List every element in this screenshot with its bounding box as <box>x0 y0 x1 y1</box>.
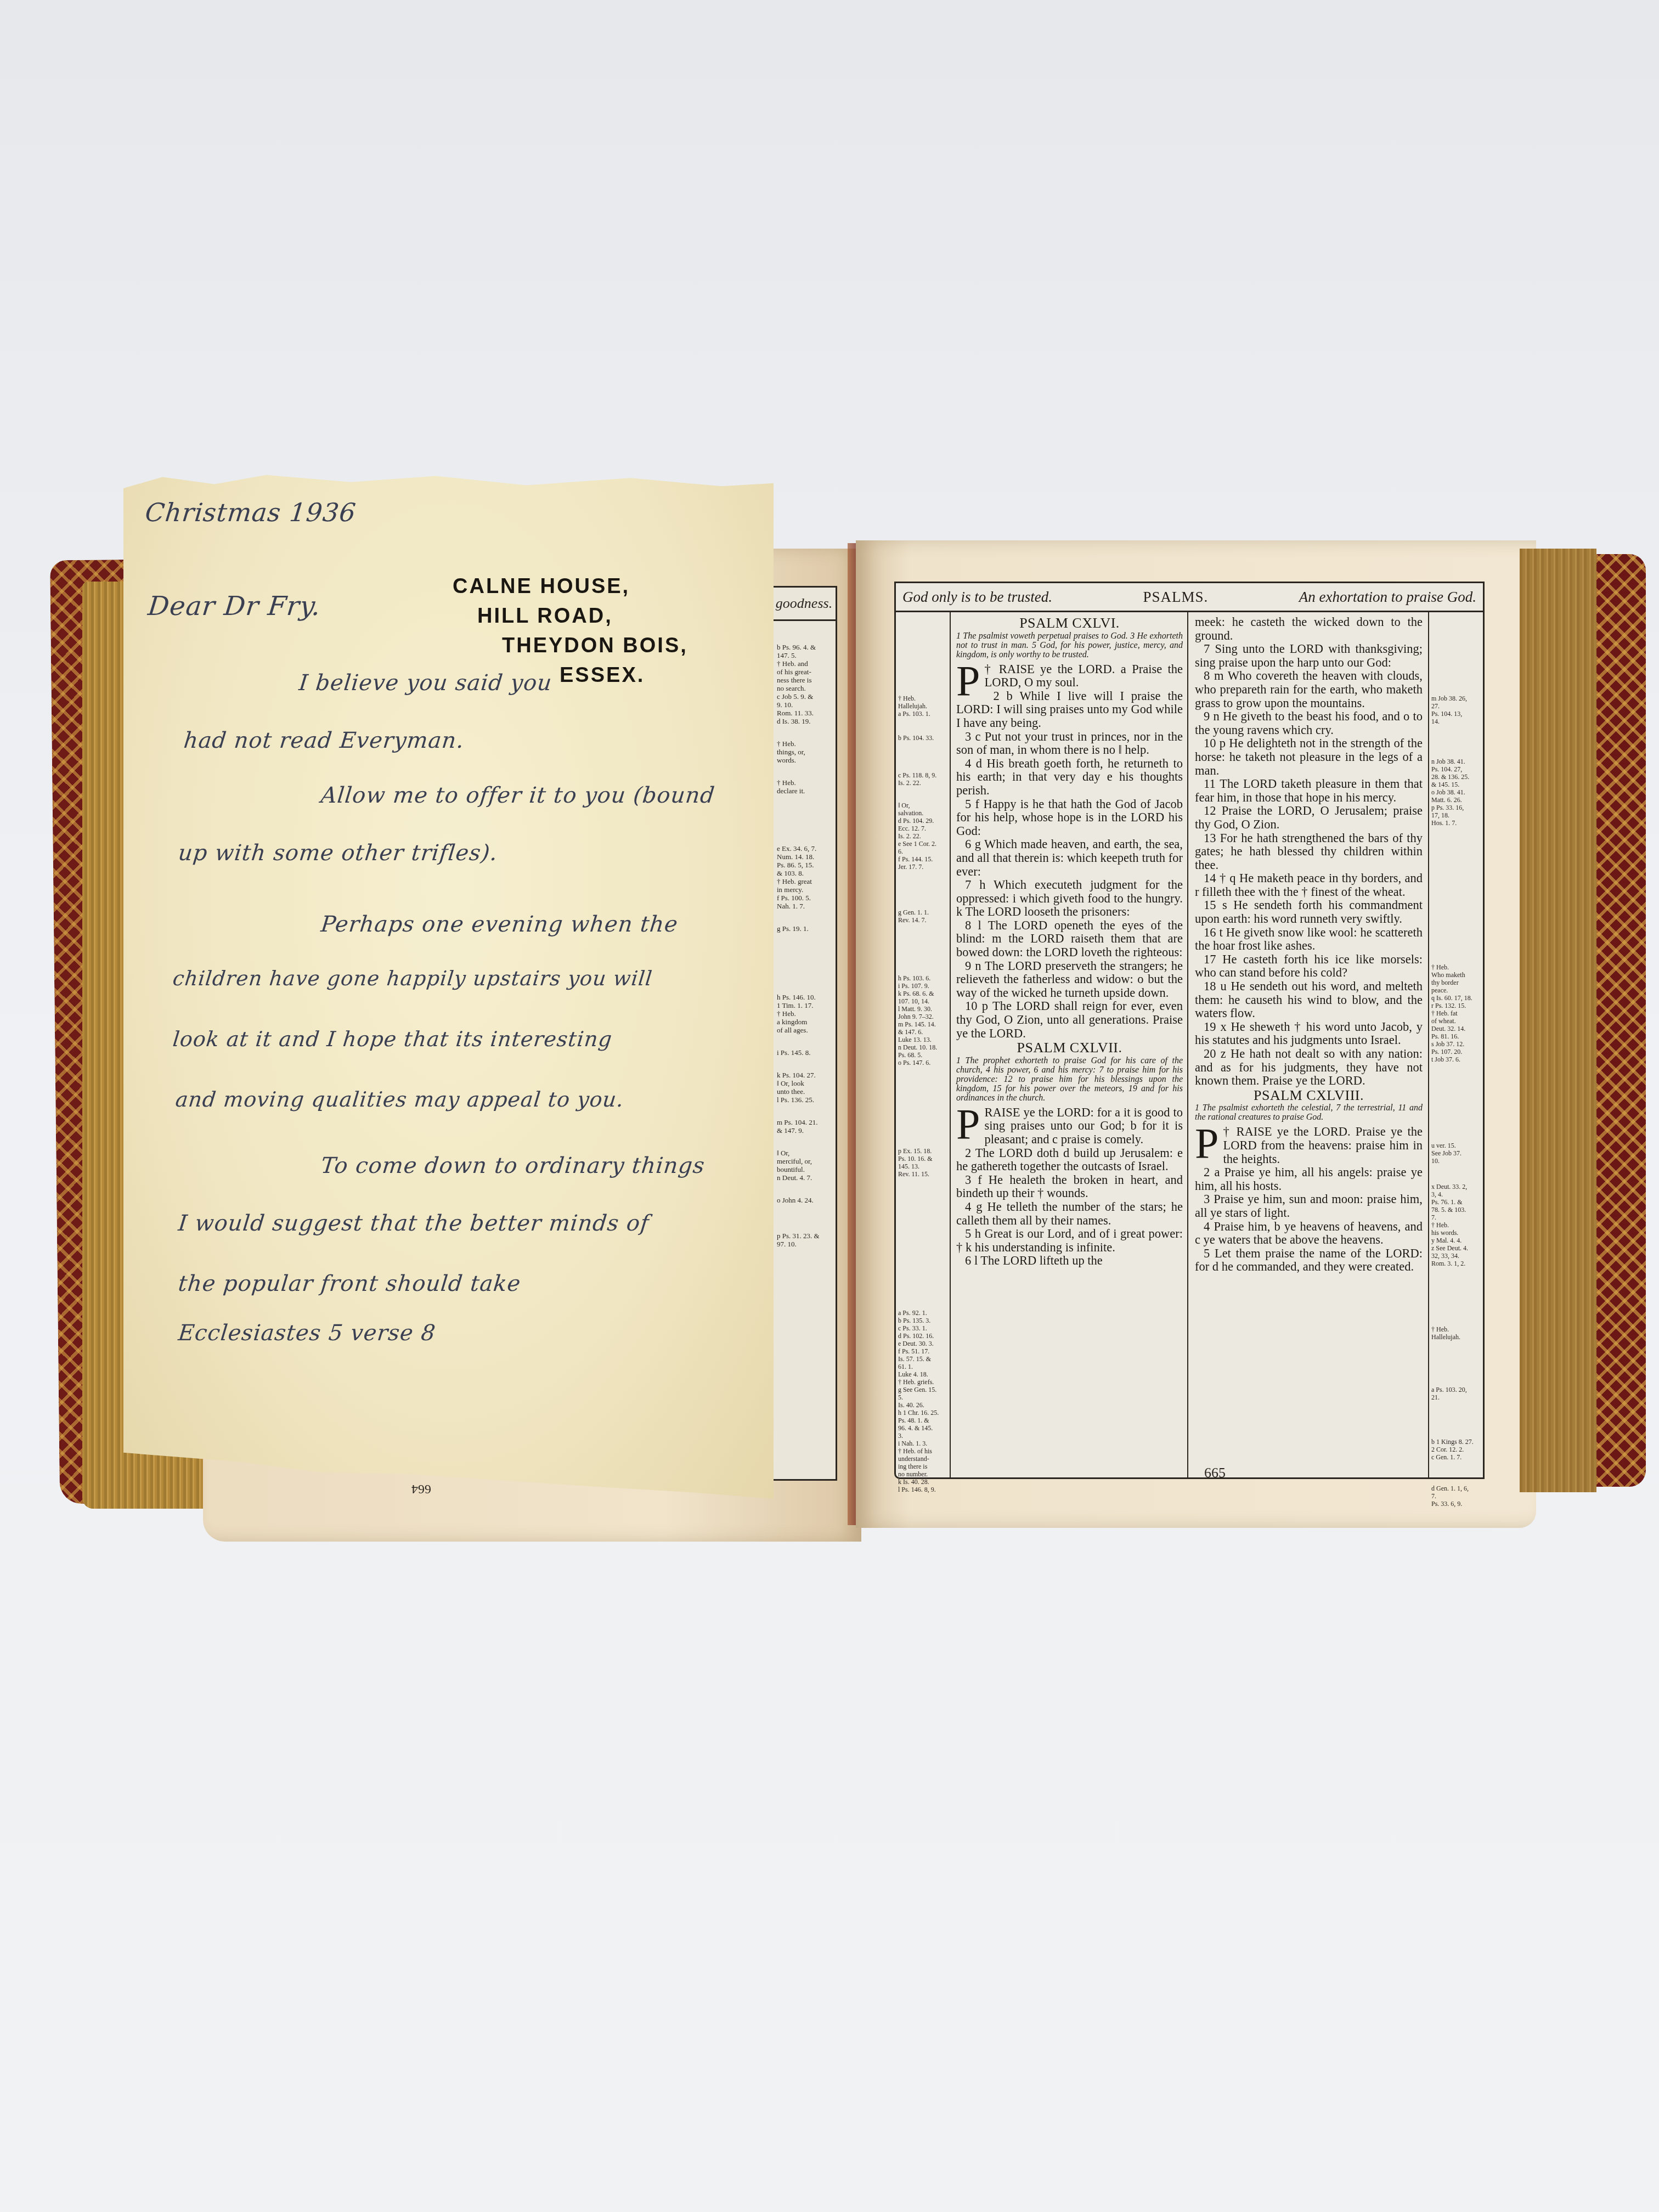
letter-line: Ecclesiastes 5 verse 8 <box>177 1321 437 1346</box>
running-head-center: PSALMS. <box>1143 589 1208 606</box>
verse: 2 b While I live will I praise the LORD:… <box>956 690 1183 730</box>
psalm-147-summary: 1 The prophet exhorteth to praise God fo… <box>956 1056 1183 1103</box>
margin-references-right: m Job 38. 26, 27. Ps. 104. 13, 14. n Job… <box>1428 612 1483 1477</box>
margin-ref: a Ps. 92. 1. b Ps. 135. 3. c Ps. 33. 1. … <box>898 1309 949 1493</box>
psalm-148-summary: 1 The psalmist exhorteth the celestial, … <box>1195 1103 1423 1122</box>
verse: 14 † q He maketh peace in thy borders, a… <box>1195 872 1423 899</box>
psalms-text-block: God only is to be trusted. PSALMS. An ex… <box>894 582 1485 1479</box>
right-page-number: 665 <box>1204 1465 1226 1481</box>
verse: 6 l The LORD lifteth up the <box>956 1254 1183 1268</box>
letter-line: I believe you said you <box>298 670 554 696</box>
margin-ref: p Ex. 15. 18. Ps. 10. 16. & 145. 13. Rev… <box>898 1147 949 1178</box>
address-line: THEYDON BOIS, <box>502 631 688 661</box>
margin-ref: x Deut. 33. 2, 3, 4. Ps. 76. 1. & 78. 5.… <box>1431 1183 1482 1267</box>
verse: 3 f He healeth the broken in heart, and … <box>956 1173 1183 1200</box>
verse: 4 g He telleth the number of the stars; … <box>956 1200 1183 1227</box>
margin-ref: u ver. 15. See Job 37. 10. <box>1431 1142 1482 1165</box>
drop-cap: P <box>1195 1126 1218 1160</box>
letter-salutation: Dear Dr Fry. <box>146 591 323 622</box>
letter-line: and moving qualities may appeal to you. <box>174 1087 625 1111</box>
margin-ref: k Ps. 104. 27. ‖ Or, look unto thee. l P… <box>777 1071 832 1104</box>
letter-line: children have gone happily upstairs you … <box>172 967 654 990</box>
verse: 5 Let them praise the name of the LORD: … <box>1195 1247 1423 1274</box>
verse: 20 z He hath not dealt so with any natio… <box>1195 1047 1423 1088</box>
left-page-number: 664 <box>411 1481 431 1496</box>
margin-ref: g Ps. 19. 1. <box>777 924 832 933</box>
psalm-148-verse-1: P† RAISE ye the LORD. Praise ye the LORD… <box>1195 1125 1423 1166</box>
left-margin-references: b Ps. 96. 4. & 147. 5. † Heb. and of his… <box>772 621 836 1248</box>
verse: 10 p He delighteth not in the strength o… <box>1195 737 1423 777</box>
psalm-146-verse-1: P† RAISE ye the LORD. a Praise the LORD,… <box>956 663 1183 690</box>
margin-ref: † Heb. Hallelujah. a Ps. 103. 1. <box>898 695 949 718</box>
verse: 2 a Praise ye him, all his angels: prais… <box>1195 1166 1423 1193</box>
margin-ref: ‖ Or, salvation. d Ps. 104. 29. Ecc. 12.… <box>898 802 949 871</box>
margin-ref: m Job 38. 26, 27. Ps. 104. 13, 14. <box>1431 695 1482 725</box>
margin-ref: b Ps. 96. 4. & 147. 5. † Heb. and of his… <box>777 643 832 725</box>
verse: 3 c Put not your trust in princes, nor i… <box>956 730 1183 757</box>
margin-ref: ‖ Or, merciful, or, bountiful. n Deut. 4… <box>777 1149 832 1182</box>
letter-line: the popular front should take <box>177 1271 522 1296</box>
margin-ref: a Ps. 103. 20, 21. <box>1431 1386 1482 1401</box>
handwritten-letter: Christmas 1936 CALNE HOUSE, HILL ROAD, T… <box>123 473 774 1499</box>
text-column-1: PSALM CXLVI. 1 The psalmist voweth perpe… <box>951 612 1188 1477</box>
drop-cap: P <box>956 664 980 698</box>
left-running-head: goodness. <box>772 588 836 621</box>
margin-ref: g Gen. 1. 1. Rev. 14. 7. <box>898 909 949 924</box>
letter-line: Perhaps one evening when the <box>320 912 680 937</box>
margin-ref: m Ps. 104. 21. & 147. 9. <box>777 1118 832 1135</box>
margin-ref: d Gen. 1. 1, 6, 7. Ps. 33. 6, 9. <box>1431 1485 1482 1508</box>
psalm-147-title: PSALM CXLVII. <box>956 1041 1183 1055</box>
page-edges-right <box>1520 549 1596 1492</box>
running-head-left: God only is to be trusted. <box>902 589 1052 606</box>
letter-line: To come down to ordinary things <box>320 1153 706 1178</box>
verse: 7 h Which executeth judgment for the opp… <box>956 878 1183 919</box>
verse: 15 s He sendeth forth his commandment up… <box>1195 899 1423 926</box>
letter-line: had not read Everyman. <box>183 728 466 753</box>
verse: 17 He casteth forth his ice like morsels… <box>1195 953 1423 980</box>
verse: 2 The LORD doth d build up Jerusalem: e … <box>956 1147 1183 1173</box>
address-line: CALNE HOUSE, <box>453 572 688 601</box>
margin-ref: e Ex. 34. 6, 7. Num. 14. 18. Ps. 86. 5, … <box>777 844 832 910</box>
margin-ref: o John 4. 24. <box>777 1196 832 1204</box>
margin-ref: b 1 Kings 8. 27. 2 Cor. 12. 2. c Gen. 1.… <box>1431 1438 1482 1461</box>
left-page-margin-strip: goodness. b Ps. 96. 4. & 147. 5. † Heb. … <box>771 586 837 1481</box>
verse: 6 g Which made heaven, and earth, the se… <box>956 838 1183 878</box>
address-line: ESSEX. <box>560 661 688 690</box>
letter-line: I would suggest that the better minds of <box>177 1211 651 1236</box>
verse: 11 The LORD taketh pleasure in them that… <box>1195 777 1423 804</box>
drop-cap: P <box>956 1107 980 1141</box>
letter-line: look at it and I hope that its interesti… <box>172 1027 614 1051</box>
margin-ref: b Ps. 104. 33. <box>898 734 949 742</box>
margin-ref: p Ps. 31. 23. & 97. 10. <box>777 1232 832 1248</box>
letter-line: up with some other trifles). <box>177 840 499 866</box>
running-head-right: An exhortation to praise God. <box>1299 589 1476 606</box>
margin-references-left: † Heb. Hallelujah. a Ps. 103. 1. b Ps. 1… <box>896 612 951 1477</box>
verse: 18 u He sendeth out his word, and meltet… <box>1195 980 1423 1020</box>
verse: 16 t He giveth snow like wool: he scatte… <box>1195 926 1423 953</box>
letter-date: Christmas 1936 <box>144 498 358 527</box>
margin-ref: † Heb. things, or, words. <box>777 740 832 764</box>
letter-line: Allow me to offer it to you (bound <box>320 783 716 808</box>
margin-ref: h Ps. 103. 6. i Ps. 107. 9. k Ps. 68. 6.… <box>898 974 949 1066</box>
text-column-2: meek: he casteth the wicked down to the … <box>1189 612 1427 1477</box>
verse: 4 Praise him, b ye heavens of heavens, a… <box>1195 1220 1423 1247</box>
margin-ref: † Heb. Who maketh thy border peace. q Is… <box>1431 963 1482 1063</box>
verse: 3 Praise ye him, sun and moon: praise hi… <box>1195 1193 1423 1220</box>
verse: 10 p The LORD shall reign for ever, even… <box>956 1000 1183 1040</box>
margin-ref: c Ps. 118. 8, 9. Is. 2. 22. <box>898 771 949 787</box>
psalm-146-summary: 1 The psalmist voweth perpetual praises … <box>956 631 1183 659</box>
verse: 8 m Who covereth the heaven with clouds,… <box>1195 669 1423 710</box>
running-head: God only is to be trusted. PSALMS. An ex… <box>896 583 1483 612</box>
address-line: HILL ROAD, <box>477 601 688 631</box>
margin-ref: h Ps. 146. 10. 1 Tim. 1. 17. † Heb. a ki… <box>777 993 832 1034</box>
margin-ref: † Heb. Hallelujah. <box>1431 1325 1482 1341</box>
margin-ref: n Job 38. 41. Ps. 104. 27, 28. & 136. 25… <box>1431 758 1482 827</box>
verse: 12 Praise the LORD, O Jerusalem; praise … <box>1195 804 1423 831</box>
psalm-146-title: PSALM CXLVI. <box>956 617 1183 630</box>
verse: 9 n The LORD preserveth the strangers; h… <box>956 960 1183 1000</box>
margin-ref: † Heb. declare it. <box>777 778 832 795</box>
verse: 9 n He giveth to the beast his food, and… <box>1195 710 1423 737</box>
verse: 5 h Great is our Lord, and of i great po… <box>956 1227 1183 1254</box>
verse: 8 l The LORD openeth the eyes of the bli… <box>956 919 1183 960</box>
verse: 5 f Happy is he that hath the God of Jac… <box>956 798 1183 838</box>
verse: 13 For he hath strengthened the bars of … <box>1195 832 1423 872</box>
margin-ref: i Ps. 145. 8. <box>777 1048 832 1057</box>
verse: meek: he casteth the wicked down to the … <box>1195 616 1423 642</box>
verse: 19 x He sheweth † his word unto Jacob, y… <box>1195 1020 1423 1047</box>
psalm-147-verse-1: PRAISE ye the LORD: for a it is good to … <box>956 1106 1183 1147</box>
verse: 7 Sing unto the LORD with thanksgiving; … <box>1195 642 1423 669</box>
verse: 4 d His breath goeth forth, he returneth… <box>956 757 1183 798</box>
psalm-148-title: PSALM CXLVIII. <box>1195 1089 1423 1103</box>
